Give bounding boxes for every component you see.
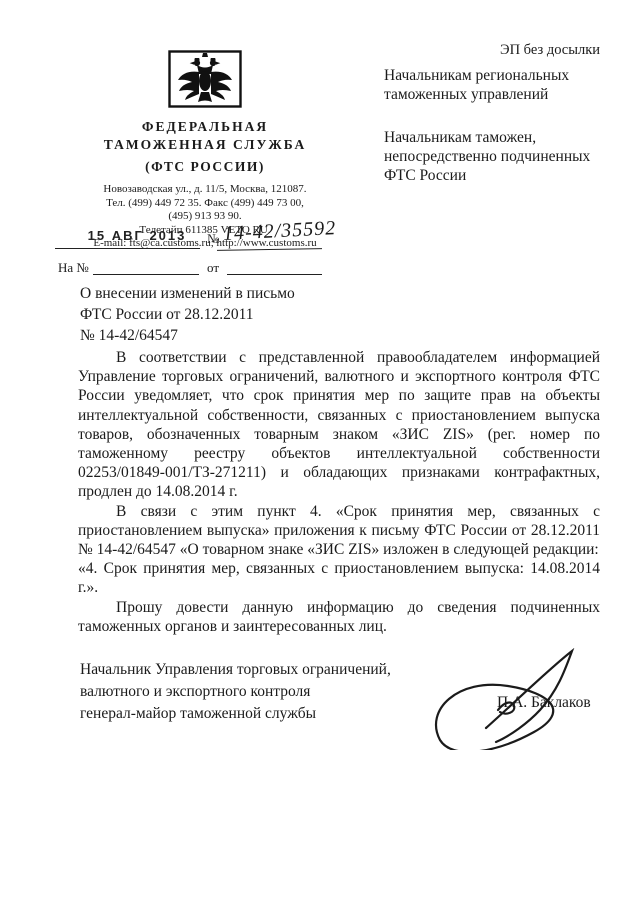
letter-page: ЭП без досылки Начальникам региональных … (0, 0, 640, 905)
date-underline (55, 248, 200, 249)
recipient-regional: Начальникам региональных таможенных упра… (384, 66, 614, 104)
org-name-line2: ТАМОЖЕННАЯ СЛУЖБА (40, 137, 370, 153)
body-paragraph-2: В связи с этим пункт 4. «Срок принятия м… (78, 502, 600, 560)
double-headed-eagle-icon (168, 50, 242, 113)
reference-row-reply: На № от (55, 258, 375, 280)
reply-number-label: На № (58, 260, 89, 276)
reference-row-date-number: 15 АВГ 2013 № 14-42/35592 (55, 226, 375, 254)
electronic-copy-note: ЭП без досылки (500, 42, 600, 59)
body-paragraph-4: Прошу довести данную информацию до сведе… (78, 598, 600, 636)
subject-block: О внесении изменений в письмо ФТС России… (80, 283, 330, 346)
reply-number-underline (93, 274, 199, 275)
recipient-customs: Начальникам таможен, непосредственно под… (384, 128, 614, 185)
org-short-name: (ФТС РОССИИ) (40, 159, 370, 175)
body-paragraph-1: В соответствии с представленной правообл… (78, 348, 600, 502)
org-name-line1: ФЕДЕРАЛЬНАЯ (40, 119, 370, 135)
number-underline (217, 248, 322, 251)
number-label: № (207, 231, 219, 247)
signatory-title: Начальник Управления торговых ограничени… (80, 659, 450, 725)
letter-body: В соответствии с представленной правообл… (78, 348, 600, 636)
recipients-block: Начальникам региональных таможенных упра… (384, 66, 614, 209)
reply-date-underline (227, 274, 322, 275)
date-stamp: 15 АВГ 2013 (73, 228, 201, 243)
body-paragraph-3: «4. Срок принятия мер, связанных с приос… (78, 559, 600, 597)
outgoing-number-handwritten: 14-42/35592 (222, 217, 336, 246)
reply-from-label: от (207, 260, 219, 276)
signatory-name: П.А. Баклаков (497, 694, 591, 712)
